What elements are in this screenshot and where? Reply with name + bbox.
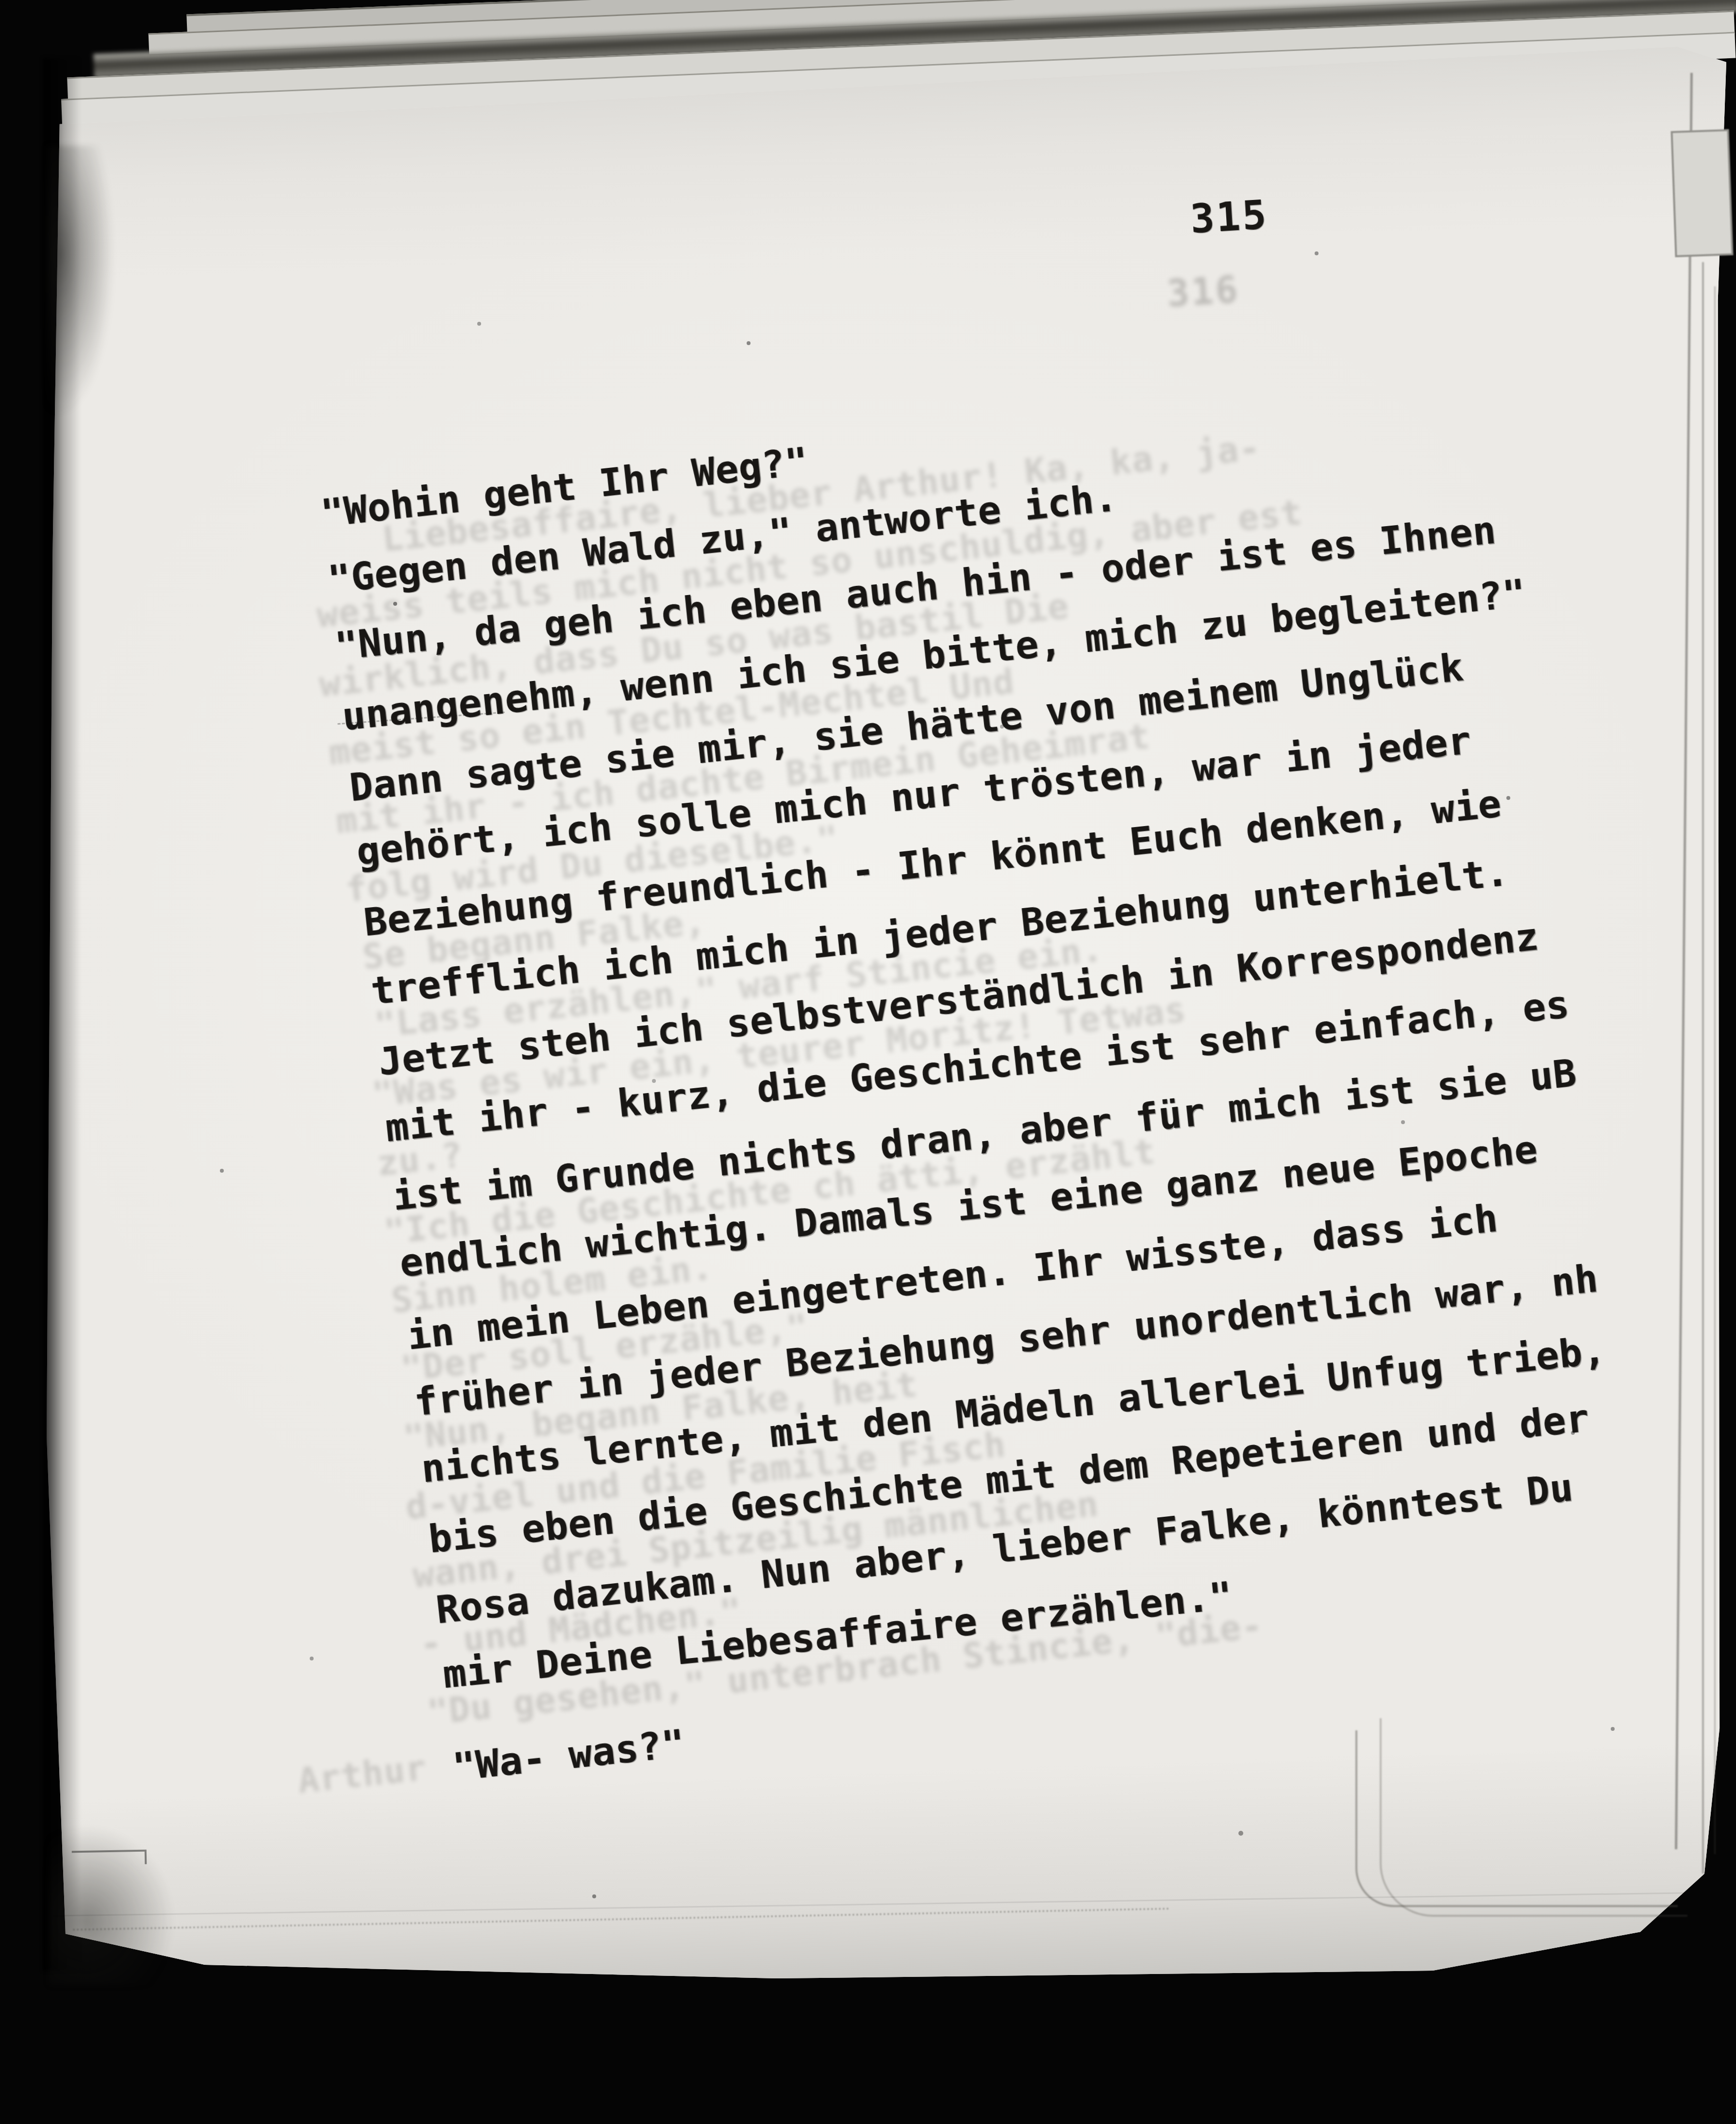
typed-text-block: "Wohin geht Ihr Weg?""Gegen den Wald zu,… [318, 350, 1736, 1841]
scan-speckles [0, 0, 2, 2]
bracket-mark [72, 1850, 147, 1866]
top-left-blotch [47, 146, 115, 417]
bottom-left-blotch [49, 1825, 175, 1985]
page-number: 315 [1189, 192, 1269, 243]
folded-corner-tab [1670, 129, 1733, 257]
bottom-right-sheet-corner [1380, 1718, 1687, 1917]
ghost-page-number: 316 [1166, 268, 1240, 315]
scanned-photo: 315 316 "Wohin geht Ihr Weg?""Gegen den … [0, 0, 1736, 2124]
